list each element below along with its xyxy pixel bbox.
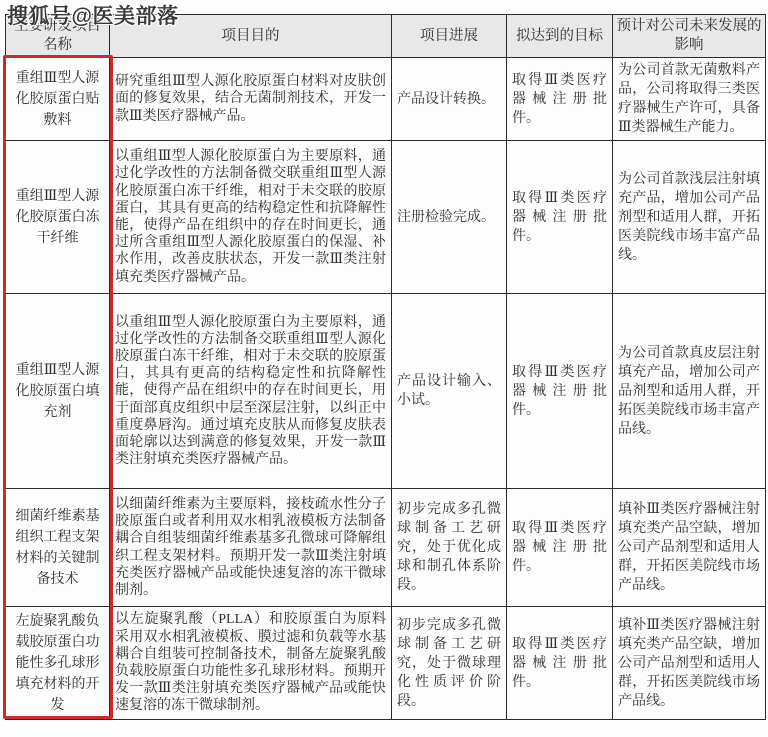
cell-project-name: 细菌纤维素基组织工程支架材料的关键制备技术 — [6, 489, 110, 607]
col-header-progress: 项目进展 — [392, 15, 507, 58]
table-row: 左旋聚乳酸负载胶原蛋白功能性多孔球形填充材料的开发 以左旋聚乳酸（PLLA）和胶… — [6, 607, 766, 720]
cell-progress: 产品设计输入、小试。 — [392, 294, 507, 489]
cell-goal: 取得Ⅲ类医疗器械注册批件。 — [507, 607, 613, 720]
cell-project-name: 重组Ⅲ型人源化胶原蛋白冻干纤维 — [6, 141, 110, 294]
table-row: 重组Ⅲ型人源化胶原蛋白贴敷料 研究重组Ⅲ型人源化胶原蛋白材料对皮肤创面的修复效果… — [6, 58, 766, 141]
cell-goal: 取得Ⅲ类医疗器械注册批件。 — [507, 294, 613, 489]
cell-impact: 为公司首款浅层注射填充产品，增加公司产品剂型和适用人群，开拓医美院线市场丰富产品… — [613, 141, 766, 294]
watermark: 搜狐号@医美部落 — [7, 0, 178, 30]
cell-purpose: 以重组Ⅲ型人源化胶原蛋白为主要原料，通过化学改性的方法制备交联重组Ⅲ型人源化胶原… — [110, 294, 392, 489]
cell-impact: 为公司首款无菌敷料产品，公司将取得三类医疗器械生产许可，具备Ⅲ类器械生产能力。 — [613, 58, 766, 141]
cell-progress: 注册检验完成。 — [392, 141, 507, 294]
cell-progress: 初步完成多孔微球制备工艺研究，处于微球理化性质评价阶段。 — [392, 607, 507, 720]
cell-purpose: 以左旋聚乳酸（PLLA）和胶原蛋白为原料采用双水相乳液模板、膜过滤和负载等水基耦… — [110, 607, 392, 720]
rd-projects-table: 主要研发项目名称 项目目的 项目进展 拟达到的目标 预计对公司未来发展的影响 重… — [5, 14, 766, 720]
cell-impact: 为公司首款真皮层注射填充产品，增加公司产品剂型和适用人群，开拓医美院线市场丰富产… — [613, 294, 766, 489]
cell-project-name: 左旋聚乳酸负载胶原蛋白功能性多孔球形填充材料的开发 — [6, 607, 110, 720]
table-row: 重组Ⅲ型人源化胶原蛋白填充剂 以重组Ⅲ型人源化胶原蛋白为主要原料，通过化学改性的… — [6, 294, 766, 489]
cell-goal: 取得Ⅲ类医疗器械注册批件。 — [507, 489, 613, 607]
cell-project-name: 重组Ⅲ型人源化胶原蛋白贴敷料 — [6, 58, 110, 141]
cell-goal: 取得Ⅲ类医疗器械注册批件。 — [507, 141, 613, 294]
cell-impact: 填补Ⅲ类医疗器械注射填充类产品空缺，增加公司产品剂型和适用人群，开拓医美院线市场… — [613, 489, 766, 607]
cell-purpose: 研究重组Ⅲ型人源化胶原蛋白材料对皮肤创面的修复效果，结合无菌制剂技术，开发一款Ⅲ… — [110, 58, 392, 141]
cell-impact: 填补Ⅲ类医疗器械注射填充类产品空缺，增加公司产品剂型和适用人群，开拓医美院线市场… — [613, 607, 766, 720]
cell-purpose: 以细菌纤维素为主要原料，接枝疏水性分子胶原蛋白或者利用双水相乳液模板方法制备耦合… — [110, 489, 392, 607]
col-header-impact: 预计对公司未来发展的影响 — [613, 15, 766, 58]
cell-project-name: 重组Ⅲ型人源化胶原蛋白填充剂 — [6, 294, 110, 489]
document-page: 主要研发项目名称 项目目的 项目进展 拟达到的目标 预计对公司未来发展的影响 重… — [0, 0, 768, 737]
cell-progress: 初步完成多孔微球制备工艺研究，处于优化成球和制孔体系阶段。 — [392, 489, 507, 607]
cell-purpose: 以重组Ⅲ型人源化胶原蛋白为主要原料，通过化学改性的方法制备微交联重组Ⅲ型人源化胶… — [110, 141, 392, 294]
table-row: 细菌纤维素基组织工程支架材料的关键制备技术 以细菌纤维素为主要原料，接枝疏水性分… — [6, 489, 766, 607]
table-row: 重组Ⅲ型人源化胶原蛋白冻干纤维 以重组Ⅲ型人源化胶原蛋白为主要原料，通过化学改性… — [6, 141, 766, 294]
cell-goal: 取得Ⅲ类医疗器械注册批件。 — [507, 58, 613, 141]
col-header-goal: 拟达到的目标 — [507, 15, 613, 58]
cell-progress: 产品设计转换。 — [392, 58, 507, 141]
